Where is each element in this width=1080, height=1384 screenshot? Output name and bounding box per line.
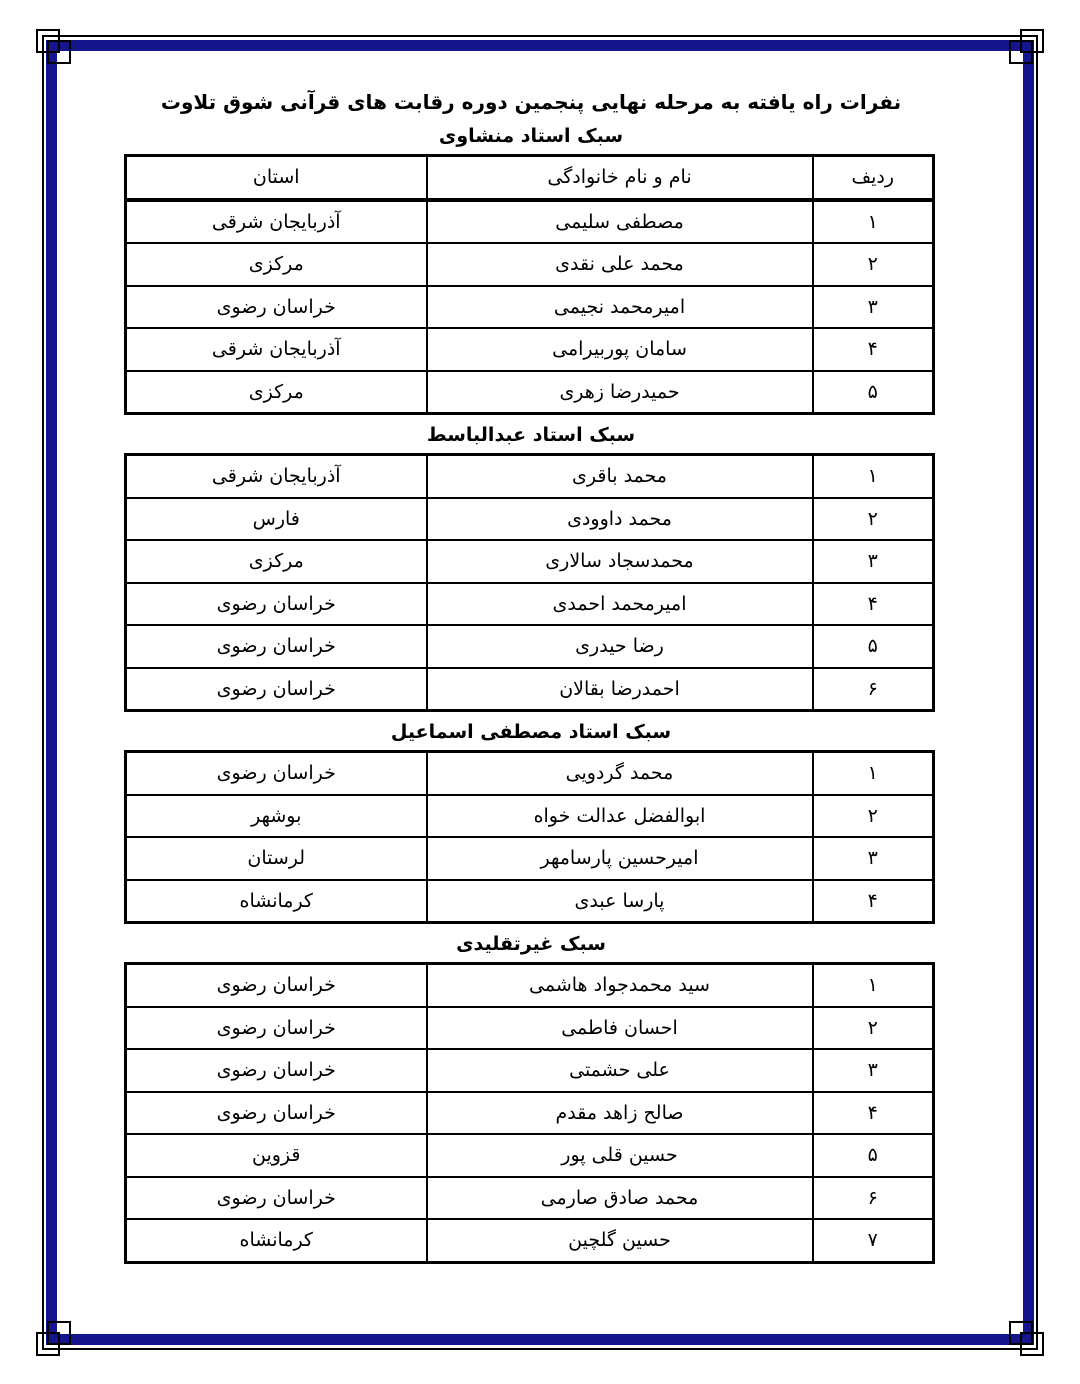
table-row: ۱سید محمدجواد هاشمیخراسان رضوی [126, 964, 934, 1007]
province-cell: آذربایجان شرقی [126, 200, 427, 244]
rank-cell: ۴ [813, 328, 934, 371]
rank-cell: ۲ [813, 795, 934, 838]
table-row: ۳امیرمحمد نجیمیخراسان رضوی [126, 286, 934, 329]
province-cell: خراسان رضوی [126, 964, 427, 1007]
name-cell: صالح زاهد مقدم [427, 1092, 813, 1135]
rank-cell: ۲ [813, 1007, 934, 1050]
table-row: ۵حمیدرضا زهریمرکزی [126, 371, 934, 414]
province-cell: آذربایجان شرقی [126, 328, 427, 371]
name-cell: محمدسجاد سالاری [427, 540, 813, 583]
table-row: ۲محمد داوودیفارس [126, 498, 934, 541]
border-corner-ornament [1009, 40, 1033, 64]
section-title: سبک استاد منشاوی [127, 123, 935, 149]
table-row: ۳امیرحسین پارسامهرلرستان [126, 837, 934, 880]
roster-table: ۱محمد باقریآذربایجان شرقی۲محمد داوودیفار… [124, 453, 935, 712]
name-cell: رضا حیدری [427, 625, 813, 668]
table-row: ۷حسین گلچینکرمانشاه [126, 1219, 934, 1262]
border-corner-ornament [36, 1332, 60, 1356]
table-row: ۴امیرمحمد احمدیخراسان رضوی [126, 583, 934, 626]
border-corner-ornament [36, 29, 60, 53]
name-cell: محمد باقری [427, 455, 813, 498]
rank-cell: ۳ [813, 837, 934, 880]
table-row: ۶محمد صادق صارمیخراسان رضوی [126, 1177, 934, 1220]
name-cell: سامان پوربیرامی [427, 328, 813, 371]
table-row: ۳علی حشمتیخراسان رضوی [126, 1049, 934, 1092]
table-row: ۴صالح زاهد مقدمخراسان رضوی [126, 1092, 934, 1135]
province-header: استان [126, 156, 427, 200]
province-cell: خراسان رضوی [126, 752, 427, 795]
rank-cell: ۳ [813, 1049, 934, 1092]
table-row: ۲احسان فاطمیخراسان رضوی [126, 1007, 934, 1050]
name-cell: احسان فاطمی [427, 1007, 813, 1050]
name-cell: سید محمدجواد هاشمی [427, 964, 813, 1007]
province-cell: فارس [126, 498, 427, 541]
rank-cell: ۱ [813, 964, 934, 1007]
name-cell: امیرحسین پارسامهر [427, 837, 813, 880]
border-corner-ornament [1020, 1332, 1044, 1356]
rank-cell: ۵ [813, 371, 934, 414]
province-cell: خراسان رضوی [126, 583, 427, 626]
roster-table: ۱سید محمدجواد هاشمیخراسان رضوی۲احسان فاط… [124, 962, 935, 1264]
table-row: ۲محمد علی نقدیمرکزی [126, 243, 934, 286]
name-cell: محمد داوودی [427, 498, 813, 541]
province-cell: خراسان رضوی [126, 1092, 427, 1135]
name-cell: پارسا عبدی [427, 880, 813, 923]
name-cell: حسین قلی پور [427, 1134, 813, 1177]
document-page: نفرات راه یافته به مرحله نهایی پنجمین دو… [0, 0, 1080, 1384]
province-cell: خراسان رضوی [126, 625, 427, 668]
name-cell: محمد صادق صارمی [427, 1177, 813, 1220]
border-corner-ornament [1020, 29, 1044, 53]
border-corner-ornament [47, 1321, 71, 1345]
border-corner-ornament [1009, 1321, 1033, 1345]
province-cell: مرکزی [126, 243, 427, 286]
document-content: نفرات راه یافته به مرحله نهایی پنجمین دو… [127, 88, 935, 1264]
table-row: ۴پارسا عبدیکرمانشاه [126, 880, 934, 923]
sections-container: سبک استاد منشاویردیفنام و نام خانوادگیاس… [127, 123, 935, 1264]
rank-cell: ۳ [813, 286, 934, 329]
province-cell: کرمانشاه [126, 880, 427, 923]
rank-cell: ۵ [813, 625, 934, 668]
rank-cell: ۲ [813, 498, 934, 541]
province-cell: بوشهر [126, 795, 427, 838]
table-row: ۵رضا حیدریخراسان رضوی [126, 625, 934, 668]
rank-cell: ۴ [813, 880, 934, 923]
name-cell: محمد علی نقدی [427, 243, 813, 286]
rank-cell: ۶ [813, 668, 934, 711]
section-title: سبک استاد مصطفی اسماعیل [127, 719, 935, 745]
table-row: ۶احمدرضا بقالانخراسان رضوی [126, 668, 934, 711]
rank-header: ردیف [813, 156, 934, 200]
table-row: ۴سامان پوربیرامیآذربایجان شرقی [126, 328, 934, 371]
table-row: ۱محمد باقریآذربایجان شرقی [126, 455, 934, 498]
name-cell: احمدرضا بقالان [427, 668, 813, 711]
roster-table: ۱محمد گردوییخراسان رضوی۲ابوالفضل عدالت خ… [124, 750, 935, 924]
province-cell: خراسان رضوی [126, 1177, 427, 1220]
name-cell: حمیدرضا زهری [427, 371, 813, 414]
province-cell: مرکزی [126, 540, 427, 583]
province-cell: خراسان رضوی [126, 1049, 427, 1092]
rank-cell: ۱ [813, 455, 934, 498]
roster-table: ردیفنام و نام خانوادگیاستان۱مصطفی سلیمیآ… [124, 154, 935, 415]
rank-cell: ۳ [813, 540, 934, 583]
rank-cell: ۶ [813, 1177, 934, 1220]
table-row: ۵حسین قلی پورقزوین [126, 1134, 934, 1177]
table-row: ۱مصطفی سلیمیآذربایجان شرقی [126, 200, 934, 244]
rank-cell: ۲ [813, 243, 934, 286]
province-cell: خراسان رضوی [126, 286, 427, 329]
document-title: نفرات راه یافته به مرحله نهایی پنجمین دو… [127, 88, 935, 116]
table-header-row: ردیفنام و نام خانوادگیاستان [126, 156, 934, 200]
rank-cell: ۴ [813, 583, 934, 626]
name-cell: امیرمحمد نجیمی [427, 286, 813, 329]
rank-cell: ۱ [813, 200, 934, 244]
table-row: ۲ابوالفضل عدالت خواهبوشهر [126, 795, 934, 838]
province-cell: کرمانشاه [126, 1219, 427, 1262]
border-corner-ornament [47, 40, 71, 64]
rank-cell: ۵ [813, 1134, 934, 1177]
province-cell: لرستان [126, 837, 427, 880]
province-cell: خراسان رضوی [126, 668, 427, 711]
name-header: نام و نام خانوادگی [427, 156, 813, 200]
province-cell: مرکزی [126, 371, 427, 414]
name-cell: مصطفی سلیمی [427, 200, 813, 244]
province-cell: خراسان رضوی [126, 1007, 427, 1050]
name-cell: حسین گلچین [427, 1219, 813, 1262]
rank-cell: ۱ [813, 752, 934, 795]
rank-cell: ۷ [813, 1219, 934, 1262]
name-cell: محمد گردویی [427, 752, 813, 795]
province-cell: قزوین [126, 1134, 427, 1177]
name-cell: امیرمحمد احمدی [427, 583, 813, 626]
table-row: ۳محمدسجاد سالاریمرکزی [126, 540, 934, 583]
name-cell: ابوالفضل عدالت خواه [427, 795, 813, 838]
section-title: سبک غیرتقلیدی [127, 931, 935, 957]
name-cell: علی حشمتی [427, 1049, 813, 1092]
table-row: ۱محمد گردوییخراسان رضوی [126, 752, 934, 795]
section-title: سبک استاد عبدالباسط [127, 422, 935, 448]
province-cell: آذربایجان شرقی [126, 455, 427, 498]
rank-cell: ۴ [813, 1092, 934, 1135]
